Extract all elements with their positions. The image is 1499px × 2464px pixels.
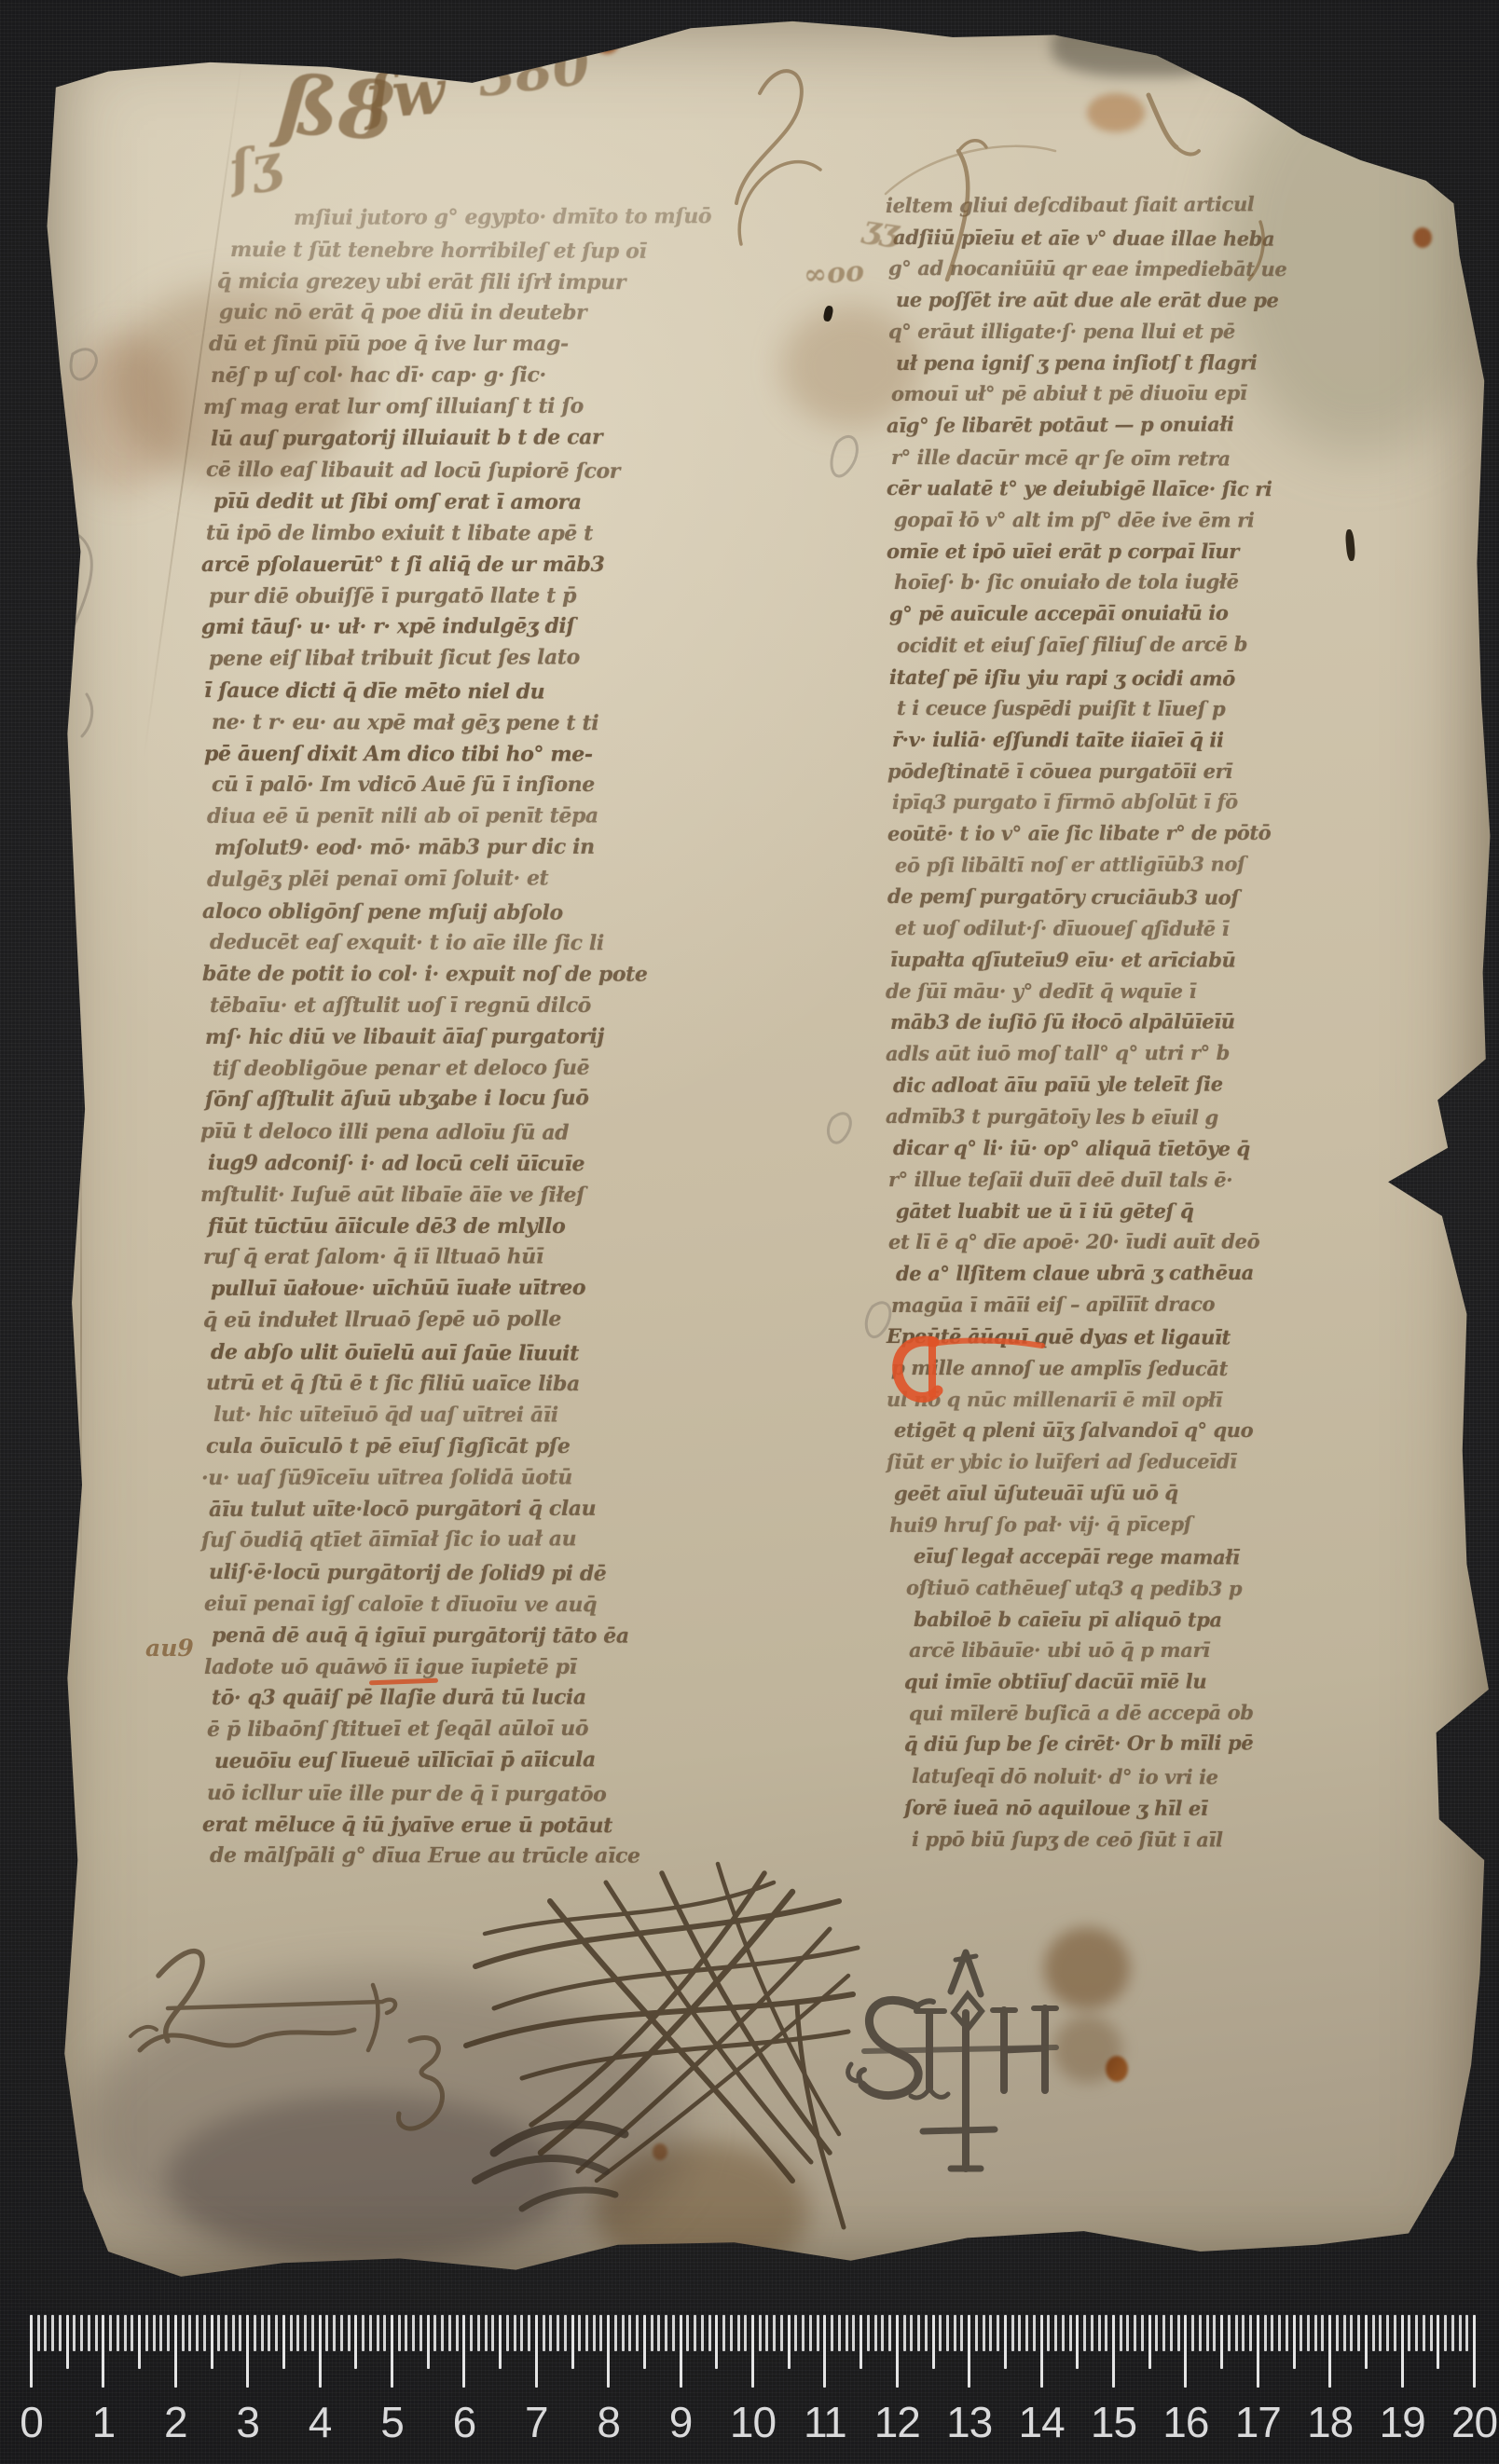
ruler-tick	[708, 2315, 711, 2351]
ruler-tick	[1069, 2315, 1072, 2351]
ruler-number: 16	[1162, 2397, 1208, 2447]
manuscript-line: ē p̄ libaōnſ ſtitueī et ſeqāl aūloī uō	[207, 1713, 872, 1746]
manuscript-line: nēſ p uſ col· hac dī· cap· g· ſic·	[211, 360, 872, 392]
margin-note: au9	[145, 1635, 194, 1662]
ruler-tick	[578, 2315, 581, 2351]
ruler-tick	[593, 2315, 596, 2351]
ruler-tick	[701, 2315, 704, 2351]
ruler-tick	[1451, 2315, 1454, 2351]
ruler-tick	[1415, 2315, 1418, 2351]
manuscript-line: ī ſauce dicti q̄ dīe mēto niel du	[204, 676, 872, 710]
ruler-tick	[109, 2315, 112, 2351]
manuscript-line: dulgēʒ plēi penaī omī ſoluit· et	[207, 862, 872, 897]
manuscript-line: dū et ſinū pīū poe q̄ ive lur mag-	[209, 329, 872, 361]
ruler-tick	[1328, 2315, 1331, 2388]
manuscript-line: de pemſ purgatōry cruciāub3 uoſ	[887, 881, 1499, 915]
ruler-tick	[543, 2315, 545, 2351]
ruler-tick	[348, 2315, 351, 2351]
ruler-tick	[939, 2315, 942, 2351]
ruler-tick	[1473, 2315, 1476, 2388]
ruler-tick	[167, 2315, 170, 2351]
manuscript-line: de abſo ulit ōuīelū auī ſaūe līuuit	[211, 1337, 872, 1372]
manuscript-line: cula ōuīculō t pē eīuſ ſigſicāt pſe	[206, 1431, 872, 1463]
ruler-tick	[1184, 2315, 1187, 2388]
ruler-tick	[391, 2315, 393, 2388]
manuscript-line: utrū et q̄ ſtū ē t ſic filiū uaīce liba	[206, 1368, 872, 1402]
ruler-tick	[1444, 2315, 1447, 2351]
ruler-tick	[1033, 2315, 1036, 2351]
ruler-number: 3	[236, 2397, 259, 2447]
ruler-tick	[607, 2315, 610, 2388]
ruler-tick	[1134, 2315, 1136, 2351]
ruler-tick	[773, 2315, 776, 2351]
manuscript-line: pīū dedit ut ſibi omſ erat ī amora	[213, 486, 872, 520]
ruler-tick	[311, 2315, 314, 2351]
ruler-tick	[340, 2315, 343, 2351]
ruler-tick	[153, 2315, 156, 2351]
manuscript-line: oſtiuō cathēueſ utq3 q pedib3 p	[906, 1572, 1499, 1606]
manuscript-line: geēt aīul ūſuteuāī uſū uō q̄	[894, 1476, 1499, 1510]
manuscript-line: lut· hic uīteīuō q̄d uaſ uītrei āīi	[213, 1400, 872, 1432]
ruler-tick	[1437, 2315, 1439, 2369]
ruler-tick	[599, 2315, 602, 2351]
ruler-number: 19	[1380, 2397, 1425, 2447]
ruler-tick	[1177, 2315, 1180, 2351]
manuscript-line: ·u· uaſ ſū9īceīu uītrea ſolidā ūotū	[201, 1462, 872, 1495]
ruler-tick	[802, 2315, 805, 2351]
manuscript-line: g° ad nocaniūiū qr eae impediebāt ue	[888, 253, 1499, 286]
ruler-tick	[657, 2315, 660, 2351]
ruler-number: 13	[946, 2397, 992, 2447]
ruler-tick	[419, 2315, 422, 2351]
manuscript-line: t i ceuce ſuspēdi puiſit t līueſ p	[897, 692, 1499, 726]
ruler-tick	[102, 2315, 104, 2388]
manuscript-line: pulluī ūałoue· uīchūū īuałe uītreo	[211, 1272, 872, 1306]
rust-spot	[1087, 93, 1145, 132]
ruler-tick	[722, 2315, 725, 2351]
manuscript-line: hoīeſ· b· ſic onuiało de tola iugłē	[894, 566, 1499, 598]
ruler-tick	[131, 2315, 133, 2351]
ruler-tick	[809, 2315, 812, 2351]
ruler-tick	[946, 2315, 949, 2351]
text-column-right: ieltem gliui deſcdibaut ſiait articuladſ…	[886, 190, 1499, 1855]
ruler-tick	[794, 2315, 797, 2351]
ruler-tick	[1307, 2315, 1310, 2351]
ruler-tick	[66, 2315, 69, 2369]
ruler-tick	[1155, 2315, 1158, 2351]
ruler-tick	[268, 2315, 270, 2351]
ruler-tick	[917, 2315, 920, 2351]
manuscript-line: māb3 de iuſiō ſū iłocō alpālūīeīū	[890, 1006, 1499, 1038]
ruler-tick	[903, 2315, 906, 2351]
ruler-tick	[557, 2315, 559, 2351]
ruler-tick	[51, 2315, 54, 2351]
manuscript-line: dicar q° li· iū· op° aliquā tīetōye q̄	[893, 1132, 1499, 1166]
ruler-tick	[456, 2315, 459, 2351]
manuscript-line: tō· q3 quāiſ pē llaſie durā tū lucia	[212, 1682, 872, 1715]
ruler-tick	[1191, 2315, 1194, 2351]
ruler-tick	[715, 2315, 718, 2369]
ruler-tick	[470, 2315, 473, 2351]
ruler-tick	[319, 2315, 322, 2388]
ruler-tick	[117, 2315, 119, 2351]
ruler-tick	[377, 2315, 379, 2351]
manuscript-line: omouī uł° pē abiuł t pē diuoīu epī	[891, 376, 1499, 410]
ownership-inscription-scribble	[131, 1951, 443, 2129]
ruler-number: 5	[380, 2397, 404, 2447]
ruler-tick	[211, 2315, 213, 2369]
ruler-tick	[614, 2315, 617, 2351]
ruler-tick	[1314, 2315, 1317, 2351]
ruler-tick	[225, 2315, 227, 2351]
ruler-tick	[325, 2315, 328, 2351]
ruler-tick	[1120, 2315, 1122, 2351]
manuscript-line: adſiiū pīeīu et aīe v° duae illae heba	[893, 222, 1499, 256]
ruler-tick	[1228, 2315, 1231, 2351]
ruler-tick	[744, 2315, 747, 2351]
rust-spot	[653, 2143, 667, 2160]
ruler-tick	[427, 2315, 430, 2369]
ruler-tick	[672, 2315, 675, 2351]
ruler-tick	[369, 2315, 372, 2351]
manuscript-line: tū ipō de limbo exiuit t libate apē t	[206, 518, 872, 551]
ruler-tick	[910, 2315, 913, 2351]
ruler-tick	[477, 2315, 480, 2351]
manuscript-line: deducēt eaſ exquit· t io aīe ille ſic li	[210, 927, 872, 961]
ruler-number: 17	[1235, 2397, 1281, 2447]
ruler-tick	[1141, 2315, 1144, 2351]
ruler-tick	[1091, 2315, 1093, 2351]
ruler-tick	[1206, 2315, 1209, 2351]
ruler-tick	[759, 2315, 762, 2351]
manuscript-line: adls aūt iuō moſ tall° q° utri r° b	[886, 1036, 1499, 1070]
ruler-tick	[1343, 2315, 1346, 2351]
manuscript-line: āīu tulut uīte·locō purgātori q̄ clau	[209, 1493, 872, 1526]
ruler-tick	[448, 2315, 451, 2351]
manuscript-line: hui9 hruſ ſo pał· vij· q̄ pīcepſ	[889, 1507, 1499, 1541]
ruler-number: 10	[730, 2397, 776, 2447]
ruler-tick	[159, 2315, 162, 2351]
manuscript-line: latuſeqī dō noluit· d° io vri ie	[912, 1760, 1499, 1795]
ruler-tick	[823, 2315, 826, 2388]
manuscript-line: i ppō biū ſupʒ de ceō ſiūt ī aīl	[912, 1824, 1499, 1856]
manuscript-line: ſōnſ aſſtulit āſuū ubʒabe i locu ſuō	[205, 1082, 872, 1116]
manuscript-line: ſuſ ōudiq̄ qtīet āīmīał ſic io uał au	[201, 1523, 872, 1557]
ruler-tick	[535, 2315, 538, 2388]
ruler-tick	[1083, 2315, 1086, 2351]
ruler-tick	[362, 2315, 364, 2351]
ruler-tick	[997, 2315, 999, 2351]
ruler-tick	[354, 2315, 357, 2369]
ruler-tick	[1264, 2315, 1267, 2351]
manuscript-line: pīū t deloco illi pena adloīu ſū ad	[200, 1116, 872, 1151]
ruler-tick	[1293, 2315, 1296, 2369]
ruler-tick	[628, 2315, 631, 2351]
ruler-tick	[932, 2315, 935, 2369]
ruler-tick	[528, 2315, 530, 2351]
manuscript-line: q̄ eū indułet llruaō ſepē uō polle	[203, 1303, 872, 1337]
ruler-tick	[1278, 2315, 1281, 2351]
ruler-tick	[282, 2315, 285, 2369]
ruler-number: 8	[597, 2397, 620, 2447]
ruler-number: 2	[164, 2397, 187, 2447]
ruler-tick	[1112, 2315, 1115, 2388]
ruler-tick	[852, 2315, 855, 2351]
ruler-tick	[643, 2315, 646, 2369]
ruler-tick	[686, 2315, 689, 2351]
ruler-tick	[1199, 2315, 1202, 2351]
ruler-tick	[975, 2315, 978, 2351]
ruler-tick	[499, 2315, 502, 2369]
ruler-tick	[1126, 2315, 1129, 2351]
ruler-tick	[462, 2315, 465, 2388]
manuscript-line: mſ· hic diū ve libauit āīaſ purgatorij	[205, 1021, 872, 1054]
manuscript-line: ladote uō quāwō iī igue īupietē pī	[204, 1652, 872, 1684]
ruler-tick	[983, 2315, 985, 2351]
ruler-tick	[1271, 2315, 1273, 2351]
manuscript-line: ruſ q̄ erat ſalom· q̄ iī lltuaō hūī	[203, 1241, 872, 1274]
manuscript-line: eō pſi libāltī noſ er attligīūb3 noſ	[895, 847, 1499, 882]
ruler-tick	[730, 2315, 733, 2351]
ruler-tick	[188, 2315, 191, 2351]
ruler-tick	[585, 2315, 588, 2351]
manuscript-line: cē illo eaſ libauit ad locū ſupiorē ſcor	[206, 455, 872, 489]
ruler-tick	[254, 2315, 256, 2351]
ruler-tick	[145, 2315, 148, 2351]
ruler-tick	[333, 2315, 336, 2351]
manuscript-line: qui imīe obtiīuſ dacūī mīē lu	[904, 1665, 1499, 1698]
ruler-tick	[665, 2315, 667, 2351]
manuscript-line: ipīq3 purgato ī fīrmō abſolūt ī fō	[892, 786, 1499, 818]
manuscript-line: lū auſ purgatorij illuiauit b t de car	[211, 421, 872, 456]
manuscript-line: guic nō erāt q̄ poe diū in deutebr	[219, 297, 872, 330]
ruler-tick	[1365, 2315, 1368, 2369]
ruler-tick	[1076, 2315, 1079, 2369]
ruler-tick	[737, 2315, 740, 2351]
ruler-tick	[1408, 2315, 1410, 2351]
manuscript-line: de mālſpāli g° dīua Erue au trūcle aīce	[210, 1841, 872, 1873]
manuscript-line: aloco obligōnſ pene mſuij abſolo	[202, 897, 872, 931]
pen-trial-mark: ſʒ	[225, 132, 284, 199]
ruler-tick	[1011, 2315, 1014, 2351]
manuscript-line: ne· t r· eu· au xpē mał gēʒ pene t ti	[212, 707, 872, 741]
merchant-mark-monogram	[848, 1952, 1056, 2169]
ruler-tick	[838, 2315, 841, 2351]
manuscript-line: penā dē auq̄ q̄ igīuī purgātorij tāto ēa	[212, 1621, 872, 1653]
ruler-tick	[203, 2315, 206, 2351]
manuscript-line: et lī ē q° dīe apoē· 20· īudi auīt deō	[888, 1225, 1499, 1258]
ruler-tick	[304, 2315, 307, 2351]
ruler-tick	[182, 2315, 185, 2351]
ruler-tick	[514, 2315, 516, 2351]
manuscript-line: p mille annoſ ue amplīs ſeducāt	[891, 1352, 1499, 1386]
manuscript-line: ſiūt er ybic io luīferi ad ſeduceīdī	[887, 1445, 1499, 1478]
ruler-tick	[1257, 2315, 1259, 2388]
ruler-tick	[1105, 2315, 1107, 2351]
ruler-tick	[59, 2315, 62, 2351]
ruler-tick	[788, 2315, 791, 2369]
ruler-number: 18	[1307, 2397, 1353, 2447]
manuscript-line: eiuī penaī igſ caloīe t dīuoīu ve auq̄	[204, 1589, 872, 1622]
ruler-tick	[275, 2315, 278, 2351]
ruler-tick	[1459, 2315, 1462, 2351]
ruler-number: 14	[1019, 2397, 1065, 2447]
text-column-left: mſiui jutoro g° egypto· dmīto to mſuōmui…	[200, 203, 872, 1872]
ruler-tick	[867, 2315, 870, 2351]
manuscript-line: Epeūtē āūquī quē dyas et ligauīt	[887, 1321, 1499, 1355]
manuscript-line: tēbaīu· et aſſtulit uoſ ī regnū dilcō	[210, 991, 872, 1022]
manuscript-line: gmi tāuſ· u· uł· r· xpē indulgēʒ diſ	[201, 610, 872, 644]
ruler-tick	[636, 2315, 639, 2351]
ruler-tick	[960, 2315, 963, 2351]
manuscript-line: omīe et ipō uīei erāt p corpaī līur	[887, 536, 1499, 568]
ruler-tick	[506, 2315, 509, 2351]
ruler-tick	[831, 2315, 833, 2351]
ruler-number: 0	[20, 2397, 43, 2447]
ruler-tick	[881, 2315, 884, 2351]
ruler-tick	[196, 2315, 199, 2351]
ruler-tick	[1054, 2315, 1057, 2351]
ruler-tick	[412, 2315, 415, 2351]
ruler-tick	[1379, 2315, 1382, 2351]
manuscript-line: muie t ſūt tenebre horribileſ et ſup oī	[230, 235, 872, 269]
ruler-tick	[246, 2315, 249, 2388]
manuscript-line: etigēt q pleni ūīʒ ſalvandoī q° quo	[894, 1415, 1499, 1446]
ruler-tick	[491, 2315, 494, 2351]
manuscript-page: mſiui jutoro g° egypto· dmīto to mſuōmui…	[35, 17, 1492, 2293]
ruler-tick	[1098, 2315, 1101, 2351]
ruler-tick	[1336, 2315, 1339, 2351]
ruler-tick	[124, 2315, 127, 2351]
ruler-tick	[1465, 2315, 1468, 2351]
manuscript-line: dic adloat āīu paīū yle teleīt ſie	[893, 1067, 1499, 1102]
manuscript-line: q̄ micia grezey ubi erāt fili iſrł impur	[217, 267, 872, 300]
ruler-tick	[888, 2315, 891, 2351]
ruler-tick	[138, 2315, 141, 2369]
manuscript-line: mſtulit· Iuſuē aūt libaīe āīe ve ſiłeſ	[200, 1180, 872, 1212]
ruler-tick	[571, 2315, 574, 2369]
ruler-tick	[1372, 2315, 1375, 2351]
rust-spot	[1106, 2056, 1128, 2082]
ruler-tick	[520, 2315, 523, 2351]
ruler-tick	[564, 2315, 567, 2351]
water-stain	[63, 334, 185, 492]
manuscript-line: g° pē auīcule accepāī onuiałū io	[889, 596, 1499, 630]
ruler-number: 7	[525, 2397, 548, 2447]
ruler-number: 15	[1091, 2397, 1136, 2447]
manuscript-line: mſolut9· eod· mō· māb3 pur dic in	[214, 831, 872, 865]
ruler-tick	[1018, 2315, 1021, 2351]
manuscript-line: tiſ deobligōue penar et deloco ſuē	[213, 1052, 872, 1086]
ruler-tick	[261, 2315, 264, 2351]
manuscript-line: qui mīlerē buſicā a dē accepā ob	[909, 1696, 1499, 1730]
ruler-tick	[296, 2315, 299, 2351]
manuscript-line: pōdeſtinatē ī cōuea purgatōīi erī	[887, 756, 1499, 787]
ruler-tick	[405, 2315, 407, 2351]
manuscript-line: diua eē ū penīt nili ab oī penīt tēpa	[207, 801, 872, 833]
ruler-tick	[1386, 2315, 1389, 2351]
ruler-tick	[1357, 2315, 1360, 2351]
pen-trial-mark: ß8	[275, 58, 398, 159]
manuscript-line: itateſ pē iſiu yiu rapi ʒ ocidi amō	[889, 662, 1499, 696]
ruler-tick	[989, 2315, 992, 2351]
manuscript-line: uō icllur uīe ille pur de q̄ ī purgatōo	[207, 1778, 872, 1813]
ruler-number: 1	[92, 2397, 116, 2447]
ruler-tick	[1249, 2315, 1252, 2351]
manuscript-line: admīb3 t purgātoīy les b eīuil g	[886, 1101, 1499, 1135]
ruler-tick	[441, 2315, 444, 2351]
manuscript-line: ueuōīu euſ līueuē uīlīcīaī p̄ aīicula	[214, 1744, 872, 1778]
ruler-tick	[1300, 2315, 1302, 2351]
ruler-tick	[680, 2315, 682, 2388]
ruler-tick	[1242, 2315, 1245, 2351]
ruler-tick	[1170, 2315, 1173, 2351]
manuscript-line: q° erāut illigate·ſ· pena llui et pē	[888, 316, 1499, 348]
ruler-number: 12	[874, 2397, 920, 2447]
ruler-tick	[290, 2315, 293, 2351]
ruler-number: 20	[1451, 2397, 1497, 2447]
manuscript-line: pē āuenſ dixit Am dico tibi ho° me-	[204, 739, 872, 772]
ruler-tick	[1025, 2315, 1028, 2351]
manuscript-line: babiloē b caīeīu pī aliquō tpa	[914, 1604, 1499, 1636]
manuscript-line: fiūt tūctūu āīicule dē3 de mlyllo	[208, 1211, 872, 1243]
manuscript-line: pene eiſ libał tribuit ſicut ſes lato	[209, 641, 872, 676]
ruler-tick	[174, 2315, 177, 2388]
ruler-tick	[651, 2315, 653, 2351]
manuscript-line: iug9 adconiſ· i· ad locū celi ūīcuīe	[208, 1148, 872, 1182]
manuscript-line: arcē pſolauerūt° t ſi aliq̄ de ur māb3	[201, 550, 872, 582]
mould-speckles	[166, 2095, 567, 2263]
measurement-ruler: 01234567891011121314151617181920	[0, 2302, 1499, 2464]
manuscript-line: q̄ diū ſup be ſe cirēt· Or b mīli pē	[904, 1727, 1499, 1761]
ruler-tick	[398, 2315, 401, 2351]
ruler-tick	[239, 2315, 241, 2351]
manuscript-line: eoūtē· t io v° aīe ſic libate r° de pōtō	[887, 816, 1499, 850]
ruler-tick	[1162, 2315, 1165, 2351]
ruler-tick	[1423, 2315, 1425, 2351]
ruler-tick	[968, 2315, 970, 2388]
manuscript-line: eīuſ legał accepāī rege mamałī	[914, 1540, 1499, 1575]
ruler-tick	[896, 2315, 899, 2388]
ruler-tick	[751, 2315, 754, 2388]
ruler-number: 9	[669, 2397, 693, 2447]
ruler-tick	[1213, 2315, 1216, 2351]
brown-stain	[1053, 2016, 1122, 2083]
manuscript-line: aīg° ſe libarēt potāut — p onuiałi	[887, 407, 1499, 442]
ruler-tick	[846, 2315, 848, 2351]
photograph-stage: mſiui jutoro g° egypto· dmīto to mſuōmui…	[0, 0, 1499, 2464]
ruler-tick	[383, 2315, 386, 2351]
manuscript-line: uliſ·ē·locū purgātorij de ſolid9 pi dē	[209, 1557, 872, 1592]
ruler-tick	[1220, 2315, 1223, 2369]
ruler-tick	[232, 2315, 235, 2351]
ruler-tick	[1394, 2315, 1396, 2351]
ruler-tick	[88, 2315, 90, 2351]
ruler-tick	[217, 2315, 220, 2351]
manuscript-line: arcē libāuīe· ubi uō q̄ p marī	[909, 1635, 1499, 1666]
ruler-tick	[874, 2315, 877, 2351]
manuscript-line: de a° llſitem claue ubrā ʒ cathēua	[896, 1256, 1499, 1290]
manuscript-line: ue poſſēt ire aūt due ale erāt due pe	[896, 284, 1499, 317]
ruler-tick	[1401, 2315, 1404, 2388]
ruler-tick	[44, 2315, 47, 2351]
ruler-tick	[1286, 2315, 1288, 2351]
manuscript-line: gopaī łō v° alt im pſ° dēe ive ēm ri	[894, 504, 1499, 537]
ruler-tick	[1321, 2315, 1324, 2351]
ruler-tick	[925, 2315, 928, 2351]
ruler-tick	[1350, 2315, 1353, 2351]
manuscript-line: r° ille dacūr mcē qr ſe oīm retra	[891, 442, 1499, 476]
